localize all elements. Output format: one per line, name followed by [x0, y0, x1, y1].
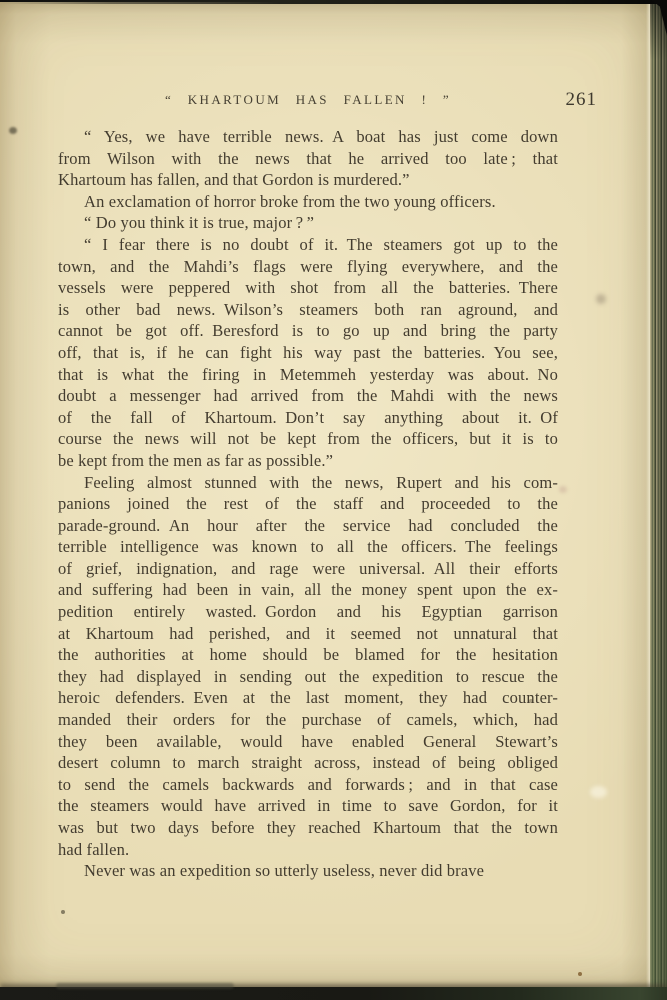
- text-line: “ I fear there is no doubt of it. The st…: [58, 234, 558, 256]
- text-line: off, that is, if he can fight his way pa…: [58, 342, 558, 364]
- text-line: is other bad news. Wilson’s steamers bot…: [58, 299, 558, 321]
- text-line: Feeling almost stunned with the news, Ru…: [58, 472, 558, 494]
- text-line: course the news will not be kept from th…: [58, 428, 558, 450]
- foxing-speck: [578, 972, 582, 976]
- text-line: and suffering had been in vain, all the …: [58, 579, 558, 601]
- text-line: doubt a messenger had arrived from the M…: [58, 385, 558, 407]
- paper-blotch: [590, 786, 607, 798]
- text-line: panions joined the rest of the staff and…: [58, 493, 558, 515]
- text-line: desert column to march straight across, …: [58, 752, 558, 774]
- text-line: Never was an expedition so utterly usele…: [58, 860, 558, 882]
- text-line: the steamers would have arrived in time …: [58, 795, 558, 817]
- page-header: “ KHARTOUM HAS FALLEN ! ” 261: [58, 92, 558, 114]
- text-line: “ Yes, we have terrible news. A boat has…: [58, 126, 558, 148]
- text-line: to send the camels backwards and forward…: [58, 774, 558, 796]
- text-line: terrible intelligence was known to all t…: [58, 536, 558, 558]
- text-line: pedition entirely wasted. Gordon and his…: [58, 601, 558, 623]
- text-line: An exclamation of horror broke from the …: [58, 191, 558, 213]
- text-line: of grief, indignation, and rage were uni…: [58, 558, 558, 580]
- book-page-scan: “ KHARTOUM HAS FALLEN ! ” 261 “ Yes, we …: [0, 0, 667, 1000]
- foxing-smudge: [56, 983, 234, 989]
- text-line: from Wilson with the news that he arrive…: [58, 148, 558, 170]
- foxing-speck: [9, 127, 17, 134]
- foxing-speck: [596, 294, 606, 304]
- text-line: parade-ground. An hour after the service…: [58, 515, 558, 537]
- text-line: be kept from the men as far as possible.…: [58, 450, 558, 472]
- running-title: “ KHARTOUM HAS FALLEN ! ”: [58, 92, 558, 108]
- text-line: “ Do you think it is true, major ? ”: [58, 212, 558, 234]
- text-line: was but two days before they reached Kha…: [58, 817, 558, 839]
- text-line: Khartoum has fallen, and that Gordon is …: [58, 169, 558, 191]
- page-stack-edge: [650, 0, 667, 1000]
- text-line: cannot be got off. Beresford is to go up…: [58, 320, 558, 342]
- text-line: they had displayed in sending out the ex…: [58, 666, 558, 688]
- text-line: the authorities at home should be blamed…: [58, 644, 558, 666]
- text-line: manded their orders for the purchase of …: [58, 709, 558, 731]
- text-line: town, and the Mahdi’s flags were flying …: [58, 256, 558, 278]
- text-line: at Khartoum had perished, and it seemed …: [58, 623, 558, 645]
- text-line: they been available, would have enabled …: [58, 731, 558, 753]
- page-number: 261: [566, 89, 598, 111]
- scan-edge-top: [0, 0, 667, 4]
- text-line: that is what the firing in Metemmeh yest…: [58, 364, 558, 386]
- text-line: heroic defenders. Even at the last momen…: [58, 687, 558, 709]
- page-body: “ Yes, we have terrible news. A boat has…: [58, 126, 558, 882]
- text-line: of the fall of Khartoum. Don’t say anyth…: [58, 407, 558, 429]
- foxing-speck: [61, 910, 65, 914]
- text-line: vessels were peppered with shot from all…: [58, 277, 558, 299]
- text-line: had fallen.: [58, 839, 558, 861]
- foxing-speck: [559, 486, 567, 493]
